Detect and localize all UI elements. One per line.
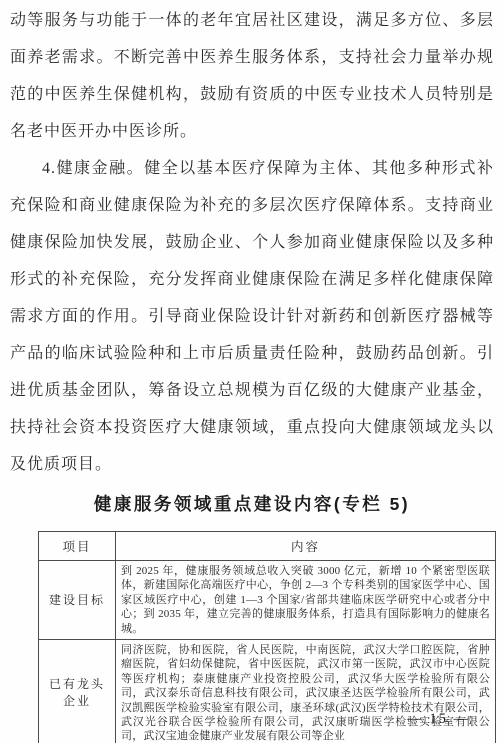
table-header-item: 项目 (39, 532, 116, 561)
document-page: 动等服务与功能于一体的老年宜居社区建设，满足多方位、多层面养老需求。不断完善中医… (0, 0, 504, 743)
body-text-block: 动等服务与功能于一体的老年宜居社区建设，满足多方位、多层面养老需求。不断完善中医… (10, 2, 494, 483)
paragraph-continuation: 动等服务与功能于一体的老年宜居社区建设，满足多方位、多层面养老需求。不断完善中医… (10, 2, 494, 150)
row-label-enterprises: 已有龙头企业 (39, 640, 116, 743)
page-number: — 15 — (407, 711, 470, 728)
table-title: 健康服务领域重点建设内容(专栏 5) (0, 491, 504, 517)
table-row-goals: 建设目标 到 2025 年，健康服务领域总收入突破 3000 亿元，新增 10 … (39, 561, 496, 640)
row-label-goals: 建设目标 (39, 561, 116, 640)
paragraph-health-finance: 4.健康金融。健全以基本医疗保障为主体、其他多种形式补充保险和商业健康保险为补充… (10, 150, 494, 483)
row-content-goals: 到 2025 年，健康服务领域总收入突破 3000 亿元，新增 10 个紧密型医… (116, 561, 496, 640)
table-header-content: 内容 (116, 532, 496, 561)
table-header-row: 项目 内容 (39, 532, 496, 561)
